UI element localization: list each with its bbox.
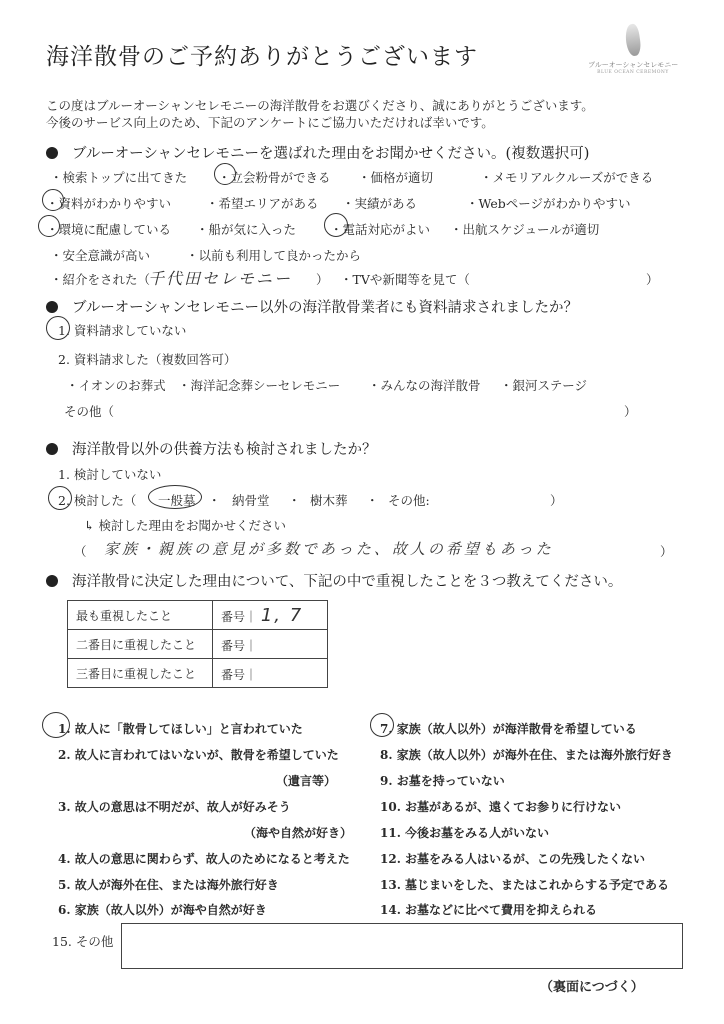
q1-option-track-record[interactable]: ・実績がある <box>342 194 417 212</box>
reason-14[interactable]: 14. お墓などに比べて費用を抑えられる <box>380 901 597 918</box>
logo-text: ブルーオーシャンセレモニー <box>588 60 678 70</box>
check-circle-mark <box>214 163 236 185</box>
q1-option-fair-price[interactable]: ・価格が適切 <box>358 168 433 186</box>
q1-option-eco-friendly[interactable]: ・環境に配慮している <box>46 220 171 238</box>
q2-company-ginga-stage[interactable]: ・銀河ステージ <box>500 376 587 394</box>
check-circle-mark <box>148 485 202 509</box>
q1-option-desired-area[interactable]: ・希望エリアがある <box>206 194 319 212</box>
reason-15-input[interactable] <box>121 923 683 969</box>
table-row: 最も重視したこと 番号｜ 1, 7 <box>68 601 328 630</box>
q2-company-minna[interactable]: ・みんなの海洋散骨 <box>368 376 481 394</box>
tv-close: ） <box>646 270 659 288</box>
reason-11[interactable]: 11. 今後お墓をみる人がいない <box>380 824 549 841</box>
check-circle-mark <box>42 189 64 211</box>
q1-option-schedule[interactable]: ・出航スケジュールが適切 <box>450 220 599 238</box>
bullet-icon <box>46 443 58 455</box>
separator-dot: ・ <box>288 491 301 509</box>
q2-company-aeon[interactable]: ・イオンのお葬式 <box>66 376 166 394</box>
q2-other-close: ） <box>624 402 637 420</box>
page-title: 海洋散骨のご予約ありがとうございます <box>46 38 478 71</box>
intro-line-2: 今後のサービス向上のため、下記のアンケートにご協力いただければ幸いです。 <box>46 113 494 131</box>
continue-note: （裏面につづく） <box>540 976 644 995</box>
q2-answer-no-request[interactable]: 1. 資料請求していない <box>58 321 186 339</box>
reason-3-note: （海や自然が好き） <box>244 824 352 841</box>
check-circle-mark <box>48 486 72 510</box>
check-circle-mark <box>324 213 348 237</box>
logo: ブルーオーシャンセレモニー BLUE OCEAN CEREMONY <box>588 24 678 84</box>
reason-3[interactable]: 3. 故人の意思は不明だが、故人が好みそう <box>58 798 291 815</box>
q1-option-used-before[interactable]: ・以前も利用して良かったから <box>186 246 361 264</box>
check-circle-mark <box>38 215 60 237</box>
q1-option-liked-ship[interactable]: ・船が気に入った <box>196 220 296 238</box>
check-circle-mark <box>42 712 70 738</box>
priority-label: 三番目に重視したこと <box>68 659 213 688</box>
check-circle-mark <box>46 316 70 340</box>
question-2: ブルーオーシャンセレモニー以外の海洋散骨業者にも資料請求されましたか？ <box>46 296 578 317</box>
reason-8[interactable]: 8. 家族（故人以外）が海外在住、または海外旅行好き <box>380 746 673 763</box>
reason-4[interactable]: 4. 故人の意思に関わらず、故人のためになると考えた <box>58 850 350 867</box>
q1-option-clear-webpage[interactable]: ・Webページがわかりやすい <box>466 194 630 212</box>
bullet-icon <box>46 575 58 587</box>
q3-reason-prompt: ↳ 検討した理由をお聞かせください <box>84 516 286 534</box>
reason-13[interactable]: 13. 墓じまいをした、またはこれからする予定である <box>380 876 669 893</box>
table-row: 二番目に重視したこと 番号｜ <box>68 630 328 659</box>
q3-method-ossuary[interactable]: 納骨堂 <box>232 491 270 509</box>
number-label: 番号｜ <box>221 639 257 653</box>
reason-9[interactable]: 9. お墓を持っていない <box>380 772 505 789</box>
q3-reason-open: （ <box>74 542 87 560</box>
reason-15-label: 15. その他 <box>52 932 113 950</box>
priority-value[interactable]: 1, 7 <box>261 605 303 626</box>
question-1: ブルーオーシャンセレモニーを選ばれた理由をお聞かせください。(複数選択可) <box>46 142 589 163</box>
q3-method-other[interactable]: その他: <box>388 491 430 509</box>
priority-field-3[interactable]: 番号｜ <box>213 659 328 688</box>
priority-field-2[interactable]: 番号｜ <box>213 630 328 659</box>
q2-answer-requested[interactable]: 2. 資料請求した（複数回答可） <box>58 350 236 368</box>
separator-dot: ・ <box>208 491 221 509</box>
referral-label: ・紹介をされた（ <box>50 272 150 287</box>
priority-table: 最も重視したこと 番号｜ 1, 7 二番目に重視したこと 番号｜ 三番目に重視し… <box>67 600 328 688</box>
check-circle-mark <box>370 713 394 737</box>
priority-label: 二番目に重視したこと <box>68 630 213 659</box>
table-row: 三番目に重視したこと 番号｜ <box>68 659 328 688</box>
reason-10[interactable]: 10. お墓があるが、遠くてお参りに行けない <box>380 798 621 815</box>
q1-option-tv-newspaper[interactable]: ・TVや新聞等を見て（ <box>340 270 470 288</box>
bullet-icon <box>46 147 58 159</box>
q2-other-label[interactable]: その他（ <box>64 402 114 420</box>
question-3: 海洋散骨以外の供養方法も検討されましたか？ <box>46 438 377 459</box>
reason-2[interactable]: 2. 故人に言われてはいないが、散骨を希望していた <box>58 746 339 763</box>
reason-1[interactable]: 1. 故人に「散骨してほしい」と言われていた <box>58 720 303 737</box>
question-1-text: ブルーオーシャンセレモニーを選ばれた理由をお聞かせください。(複数選択可) <box>72 146 589 162</box>
question-4-text: 海洋散骨に決定した理由について、下記の中で重視したことを３つ教えてください。 <box>72 574 622 590</box>
q3-close: ） <box>550 491 563 509</box>
q1-option-search-top[interactable]: ・検索トップに出てきた <box>50 168 187 186</box>
q3-method-tree-burial[interactable]: 樹木葬 <box>310 491 348 509</box>
referral-input[interactable]: 千代田セレモニー <box>148 266 292 289</box>
priority-label: 最も重視したこと <box>68 601 213 630</box>
q3-reason-close: ） <box>660 542 673 560</box>
q2-company-sea-ceremony[interactable]: ・海洋記念葬シーセレモニー <box>178 376 340 394</box>
reason-7[interactable]: 7. 家族（故人以外）が海洋散骨を希望している <box>380 720 637 737</box>
q1-option-clear-materials[interactable]: ・資料がわかりやすい <box>46 194 171 212</box>
question-4: 海洋散骨に決定した理由について、下記の中で重視したことを３つ教えてください。 <box>46 570 622 591</box>
bullet-icon <box>46 301 58 313</box>
number-label: 番号｜ <box>221 610 257 624</box>
q3-reason-input[interactable]: 家族・親族の意見が多数であった、故人の希望もあった <box>104 538 554 559</box>
q1-option-safety[interactable]: ・安全意識が高い <box>50 246 150 264</box>
q1-option-memorial-cruise[interactable]: ・メモリアルクルーズができる <box>480 168 653 186</box>
question-2-text: ブルーオーシャンセレモニー以外の海洋散骨業者にも資料請求されましたか？ <box>72 300 578 316</box>
reason-6[interactable]: 6. 家族（故人以外）が海や自然が好き <box>58 901 267 918</box>
flame-logo-icon <box>624 23 642 57</box>
q3-answer-not-considered[interactable]: 1. 検討していない <box>58 465 161 483</box>
intro-line-1: この度はブルーオーシャンセレモニーの海洋散骨をお選びくださり、誠にありがとうござ… <box>46 96 594 114</box>
separator-dot: ・ <box>366 491 379 509</box>
reason-12[interactable]: 12. お墓をみる人はいるが、この先残したくない <box>380 850 645 867</box>
question-3-text: 海洋散骨以外の供養方法も検討されましたか？ <box>72 442 377 458</box>
number-label: 番号｜ <box>221 668 257 682</box>
referral-close: ） <box>316 270 329 288</box>
q1-option-referral[interactable]: ・紹介をされた（ <box>50 270 150 288</box>
reason-2-note: （遺言等） <box>276 772 336 789</box>
priority-field-1[interactable]: 番号｜ 1, 7 <box>213 601 328 630</box>
logo-subtext: BLUE OCEAN CEREMONY <box>588 70 678 75</box>
reason-5[interactable]: 5. 故人が海外在住、または海外旅行好き <box>58 876 279 893</box>
